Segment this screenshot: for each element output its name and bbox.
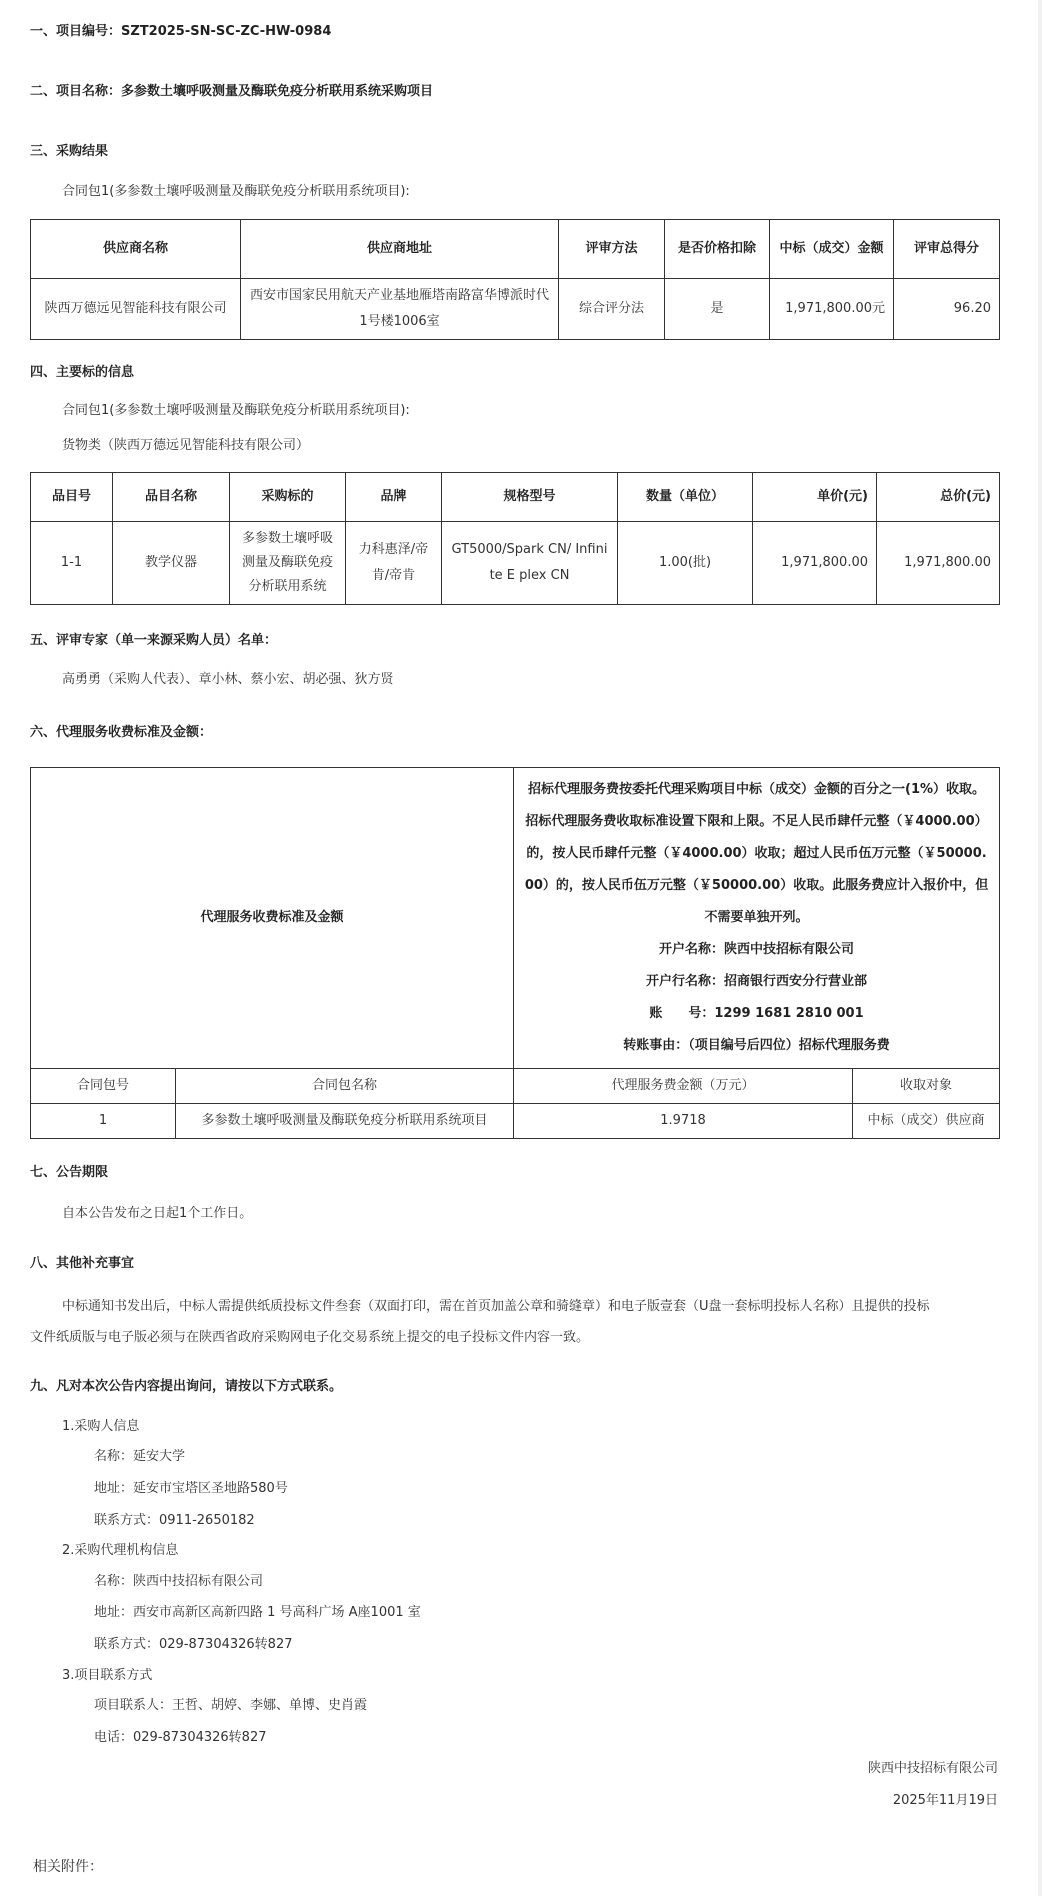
col-header: 数量（单位） bbox=[618, 473, 753, 522]
experts-heading: 五、评审专家（单一来源采购人员）名单： bbox=[30, 631, 277, 651]
col-header: 中标（成交）金额 bbox=[770, 220, 894, 279]
col-header: 供应商地址 bbox=[241, 220, 559, 279]
notice-period-text: 自本公告发布之日起1个工作日。 bbox=[62, 1204, 252, 1224]
supplier-address-cell: 西安市国家民用航天产业基地雁塔南路富华博派时代1号楼1006室 bbox=[241, 279, 559, 340]
account-name: 开户名称：陕西中技招标有限公司 bbox=[522, 934, 991, 966]
notice-period-heading: 七、公告期限 bbox=[30, 1163, 108, 1183]
items-category-line: 货物类（陕西万德远见智能科技有限公司） bbox=[62, 436, 309, 456]
total-score-cell: 96.20 bbox=[894, 279, 1000, 340]
fee-standard-label: 代理服务收费标准及金额 bbox=[31, 768, 514, 1069]
col-header: 合同包号 bbox=[31, 1069, 176, 1104]
col-header: 品牌 bbox=[346, 473, 442, 522]
agency-info-heading: 2.采购代理机构信息 bbox=[62, 1541, 178, 1561]
purchaser-name: 名称：延安大学 bbox=[94, 1447, 185, 1467]
contact-heading: 九、凡对本次公告内容提出询问，请按以下方式联系。 bbox=[30, 1377, 342, 1397]
quantity-cell: 1.00(批) bbox=[618, 522, 753, 605]
table-row: 1-1 教学仪器 多参数土壤呼吸测量及酶联免疫分析联用系统 力科惠泽/帝肯/帝肯… bbox=[31, 522, 1000, 605]
col-header: 评审总得分 bbox=[894, 220, 1000, 279]
attachments-label: 相关附件： bbox=[33, 1857, 103, 1877]
evaluation-method-cell: 综合评分法 bbox=[559, 279, 665, 340]
table-header-row: 合同包号 合同包名称 代理服务费金额（万元） 收取对象 bbox=[31, 1069, 1000, 1104]
project-contact-heading: 3.项目联系方式 bbox=[62, 1666, 152, 1686]
project-contacts: 项目联系人：王哲、胡婷、李娜、单博、史肖霞 bbox=[94, 1696, 367, 1716]
fee-payer-cell: 中标（成交）供应商 bbox=[853, 1104, 1000, 1139]
procurement-result-table: 供应商名称 供应商地址 评审方法 是否价格扣除 中标（成交）金额 评审总得分 陕… bbox=[30, 219, 1000, 340]
other-matters-heading: 八、其他补充事宜 bbox=[30, 1254, 134, 1274]
result-package-line: 合同包1(多参数土壤呼吸测量及酶联免疫分析联用系统项目): bbox=[62, 182, 410, 202]
item-number-cell: 1-1 bbox=[31, 522, 113, 605]
agency-fee-heading: 六、代理服务收费标准及金额： bbox=[30, 723, 212, 743]
supplier-name-cell: 陕西万德远见智能科技有限公司 bbox=[31, 279, 241, 340]
project-name-value: 多参数土壤呼吸测量及酶联免疫分析联用系统采购项目 bbox=[121, 84, 433, 99]
other-matters-line-2: 文件纸质版与电子版必须与在陕西省政府采购网电子化交易系统上提交的电子投标文件内容… bbox=[30, 1328, 589, 1348]
fee-standard-row: 代理服务收费标准及金额 招标代理服务费按委托代理采购项目中标（成交）金额的百分之… bbox=[31, 768, 1000, 1069]
signature-date: 2025年11月19日 bbox=[893, 1791, 998, 1811]
col-header: 评审方法 bbox=[559, 220, 665, 279]
brand-cell: 力科惠泽/帝肯/帝肯 bbox=[346, 522, 442, 605]
col-header: 供应商名称 bbox=[31, 220, 241, 279]
agency-name: 名称：陕西中技招标有限公司 bbox=[94, 1572, 263, 1592]
purchaser-info-heading: 1.采购人信息 bbox=[62, 1417, 139, 1437]
table-header-row: 品目号 品目名称 采购标的 品牌 规格型号 数量（单位） 单价(元) 总价(元) bbox=[31, 473, 1000, 522]
other-matters-line-1: 中标通知书发出后，中标人需提供纸质投标文件叁套（双面打印，需在首页加盖公章和骑缝… bbox=[62, 1297, 930, 1317]
table-row: 陕西万德远见智能科技有限公司 西安市国家民用航天产业基地雁塔南路富华博派时代1号… bbox=[31, 279, 1000, 340]
purchaser-contact: 联系方式：0911-2650182 bbox=[94, 1511, 255, 1531]
total-price-cell: 1,971,800.00 bbox=[877, 522, 1000, 605]
col-header: 是否价格扣除 bbox=[665, 220, 770, 279]
transfer-note: 转账事由：（项目编号后四位）招标代理服务费 bbox=[522, 1030, 991, 1062]
project-number-heading: 一、项目编号：SZT2025-SN-SC-ZC-HW-0984 bbox=[30, 22, 331, 42]
scrollbar[interactable] bbox=[1038, 0, 1042, 1896]
package-number-cell: 1 bbox=[31, 1104, 176, 1139]
purchaser-address: 地址：延安市宝塔区圣地路580号 bbox=[94, 1479, 288, 1499]
package-name-cell: 多参数土壤呼吸测量及酶联免疫分析联用系统项目 bbox=[176, 1104, 514, 1139]
project-name-label: 二、项目名称： bbox=[30, 84, 121, 99]
table-row: 1 多参数土壤呼吸测量及酶联免疫分析联用系统项目 1.9718 中标（成交）供应… bbox=[31, 1104, 1000, 1139]
col-header: 总价(元) bbox=[877, 473, 1000, 522]
col-header: 规格型号 bbox=[442, 473, 618, 522]
fee-description: 招标代理服务费按委托代理采购项目中标（成交）金额的百分之一(1%）收取。招标代理… bbox=[522, 774, 991, 934]
table-header-row: 供应商名称 供应商地址 评审方法 是否价格扣除 中标（成交）金额 评审总得分 bbox=[31, 220, 1000, 279]
experts-names: 高勇勇（采购人代表）、章小林、蔡小宏、胡必强、狄方贤 bbox=[62, 670, 394, 690]
project-name-heading: 二、项目名称：多参数土壤呼吸测量及酶联免疫分析联用系统采购项目 bbox=[30, 82, 433, 102]
col-header: 收取对象 bbox=[853, 1069, 1000, 1104]
project-number-value: SZT2025-SN-SC-ZC-HW-0984 bbox=[121, 24, 331, 39]
col-header: 代理服务费金额（万元） bbox=[514, 1069, 853, 1104]
col-header: 采购标的 bbox=[230, 473, 346, 522]
signature-company: 陕西中技招标有限公司 bbox=[868, 1759, 998, 1779]
project-phone: 电话：029-87304326转827 bbox=[94, 1728, 267, 1748]
model-cell: GT5000/Spark CN/ Infinite E plex CN bbox=[442, 522, 618, 605]
fee-standard-content: 招标代理服务费按委托代理采购项目中标（成交）金额的百分之一(1%）收取。招标代理… bbox=[514, 768, 1000, 1069]
agency-fee-table: 代理服务收费标准及金额 招标代理服务费按委托代理采购项目中标（成交）金额的百分之… bbox=[30, 767, 1000, 1139]
col-header: 品目名称 bbox=[113, 473, 230, 522]
procurement-result-heading: 三、采购结果 bbox=[30, 142, 108, 162]
price-deduction-cell: 是 bbox=[665, 279, 770, 340]
unit-price-cell: 1,971,800.00 bbox=[753, 522, 877, 605]
main-items-heading: 四、主要标的信息 bbox=[30, 363, 134, 383]
item-name-cell: 教学仪器 bbox=[113, 522, 230, 605]
items-package-line: 合同包1(多参数土壤呼吸测量及酶联免疫分析联用系统项目): bbox=[62, 401, 410, 421]
agency-contact: 联系方式：029-87304326转827 bbox=[94, 1635, 293, 1655]
col-header: 品目号 bbox=[31, 473, 113, 522]
account-number: 账 号：1299 1681 2810 001 bbox=[522, 998, 991, 1030]
fee-amount-cell: 1.9718 bbox=[514, 1104, 853, 1139]
award-amount-cell: 1,971,800.00元 bbox=[770, 279, 894, 340]
item-subject-cell: 多参数土壤呼吸测量及酶联免疫分析联用系统 bbox=[230, 522, 346, 605]
col-header: 单价(元) bbox=[753, 473, 877, 522]
bank-name: 开户行名称：招商银行西安分行营业部 bbox=[522, 966, 991, 998]
items-table: 品目号 品目名称 采购标的 品牌 规格型号 数量（单位） 单价(元) 总价(元)… bbox=[30, 472, 1000, 605]
agency-address: 地址：西安市高新区高新四路 1 号高科广场 A座1001 室 bbox=[94, 1603, 421, 1623]
col-header: 合同包名称 bbox=[176, 1069, 514, 1104]
project-number-label: 一、项目编号： bbox=[30, 24, 121, 39]
